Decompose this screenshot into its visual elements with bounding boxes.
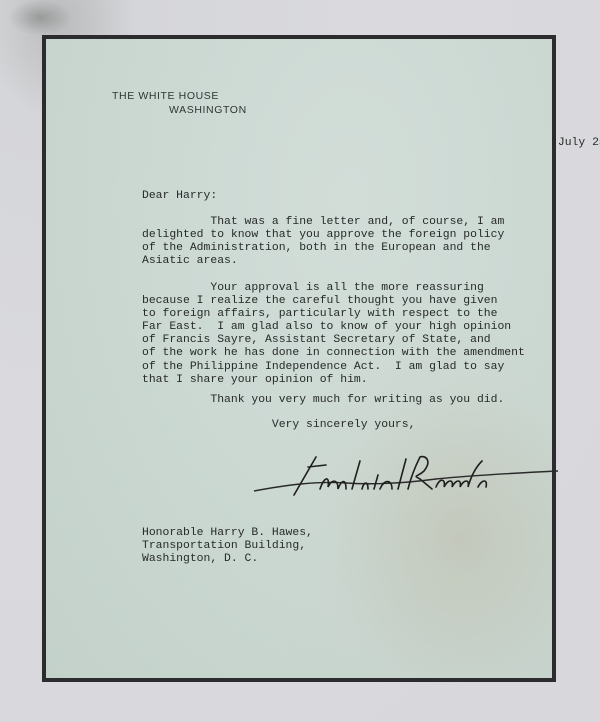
- letter-salutation: Dear Harry:: [142, 190, 217, 203]
- letter-paragraph-1: That was a fine letter and, of course, I…: [142, 216, 504, 268]
- signature-icon: Franklin D. Roosevelt (signature): [246, 439, 566, 509]
- letter-paragraph-3: Thank you very much for writing as you d…: [142, 394, 504, 407]
- letterhead-city: WASHINGTON: [169, 103, 247, 117]
- letter-paragraph-2: Your approval is all the more reassuring…: [142, 282, 525, 387]
- recipient-address: Honorable Harry B. Hawes, Transportation…: [142, 527, 313, 566]
- mat-stain: [10, 0, 70, 35]
- letter-date: July 25, 1939: [387, 137, 600, 150]
- letterhead-title: THE WHITE HOUSE: [112, 89, 247, 103]
- document-frame: THE WHITE HOUSE WASHINGTON July 25, 1939…: [42, 35, 556, 682]
- letter-closing: Very sincerely yours,: [142, 419, 415, 432]
- letterhead: THE WHITE HOUSE WASHINGTON: [112, 89, 247, 117]
